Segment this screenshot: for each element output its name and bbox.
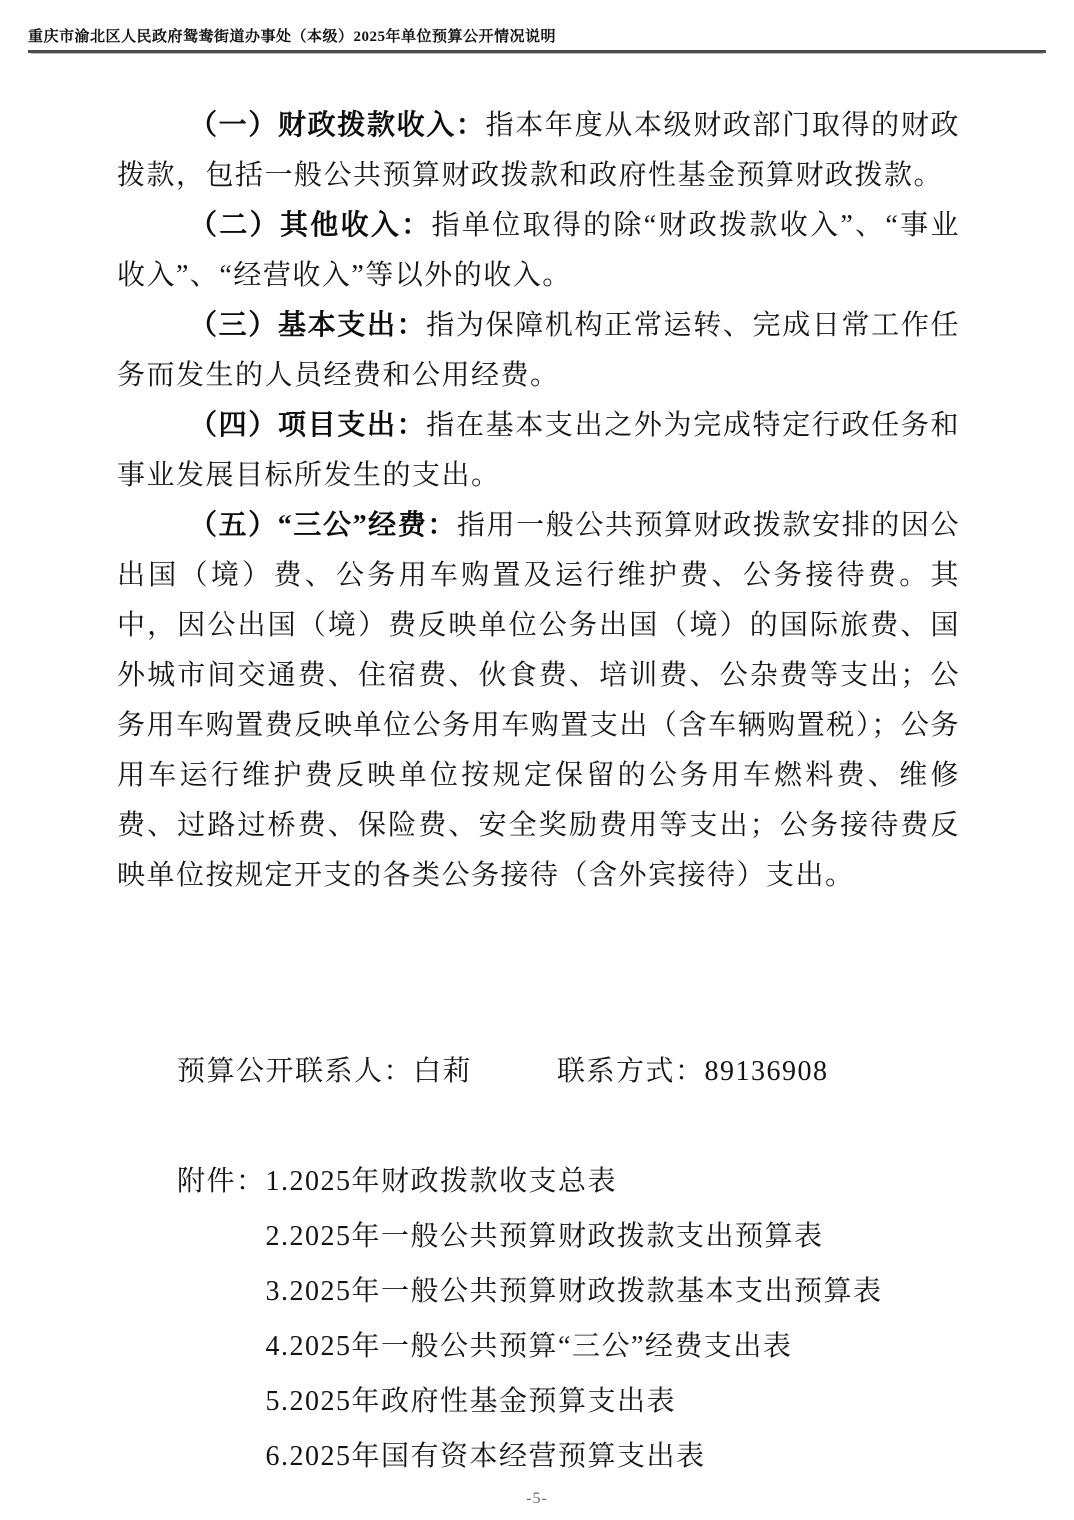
attachments-label: 附件： xyxy=(177,1154,266,1209)
attachments-list: 1.2025年财政拨款收支总表 2.2025年一般公共预算财政拨款支出预算表 3… xyxy=(266,1154,883,1484)
paragraph-project-expenditure: （四）项目支出：指在基本支出之外为完成特定行政任务和事业发展目标所发生的支出。 xyxy=(117,401,960,501)
paragraph-lead: （四）项目支出： xyxy=(189,410,426,441)
paragraph-three-public-funds: （五）“三公”经费：指用一般公共预算财政拨款安排的因公出国（境）费、公务用车购置… xyxy=(117,501,960,901)
contact-method-label: 联系方式： xyxy=(557,1056,705,1087)
attachment-item: 2.2025年一般公共预算财政拨款支出预算表 xyxy=(266,1209,883,1264)
paragraph-lead: （五）“三公”经费： xyxy=(189,510,457,541)
page-number: -5- xyxy=(0,1490,1074,1508)
attachment-item: 1.2025年财政拨款收支总表 xyxy=(266,1154,883,1209)
attachments-section: 附件： 1.2025年财政拨款收支总表 2.2025年一般公共预算财政拨款支出预… xyxy=(117,1154,960,1484)
document-body: （一）财政拨款收入：指本年度从本级财政部门取得的财政拨款，包括一般公共预算财政拨… xyxy=(117,101,960,1484)
attachment-item: 6.2025年国有资本经营预算支出表 xyxy=(266,1429,883,1484)
paragraph-fiscal-appropriation-income: （一）财政拨款收入：指本年度从本级财政部门取得的财政拨款，包括一般公共预算财政拨… xyxy=(117,101,960,201)
contact-name: 白莉 xyxy=(413,1056,472,1087)
paragraph-other-income: （二）其他收入：指单位取得的除“财政拨款收入”、“事业收入”、“经营收入”等以外… xyxy=(117,201,960,301)
attachment-item: 3.2025年一般公共预算财政拨款基本支出预算表 xyxy=(266,1264,883,1319)
paragraph-text: 指用一般公共预算财政拨款安排的因公出国（境）费、公务用车购置及运行维护费、公务接… xyxy=(117,510,960,891)
contact-phone: 89136908 xyxy=(705,1056,829,1087)
paragraph-lead: （一）财政拨款收入： xyxy=(189,110,486,141)
contact-label: 预算公开联系人： xyxy=(177,1056,413,1087)
header-title: 重庆市渝北区人民政府鸳鸯街道办事处（本级）2025年单位预算公开情况说明 xyxy=(28,28,1046,46)
contact-line: 预算公开联系人：白莉联系方式：89136908 xyxy=(117,1047,960,1097)
attachment-item: 4.2025年一般公共预算“三公”经费支出表 xyxy=(266,1319,883,1374)
paragraph-lead: （三）基本支出： xyxy=(189,310,426,341)
paragraph-basic-expenditure: （三）基本支出：指为保障机构正常运转、完成日常工作任务而发生的人员经费和公用经费… xyxy=(117,301,960,401)
document-page: 重庆市渝北区人民政府鸳鸯街道办事处（本级）2025年单位预算公开情况说明 （一）… xyxy=(0,0,1074,1520)
paragraph-lead: （二）其他收入： xyxy=(189,210,432,241)
document-header: 重庆市渝北区人民政府鸳鸯街道办事处（本级）2025年单位预算公开情况说明 xyxy=(28,0,1046,53)
attachment-item: 5.2025年政府性基金预算支出表 xyxy=(266,1374,883,1429)
